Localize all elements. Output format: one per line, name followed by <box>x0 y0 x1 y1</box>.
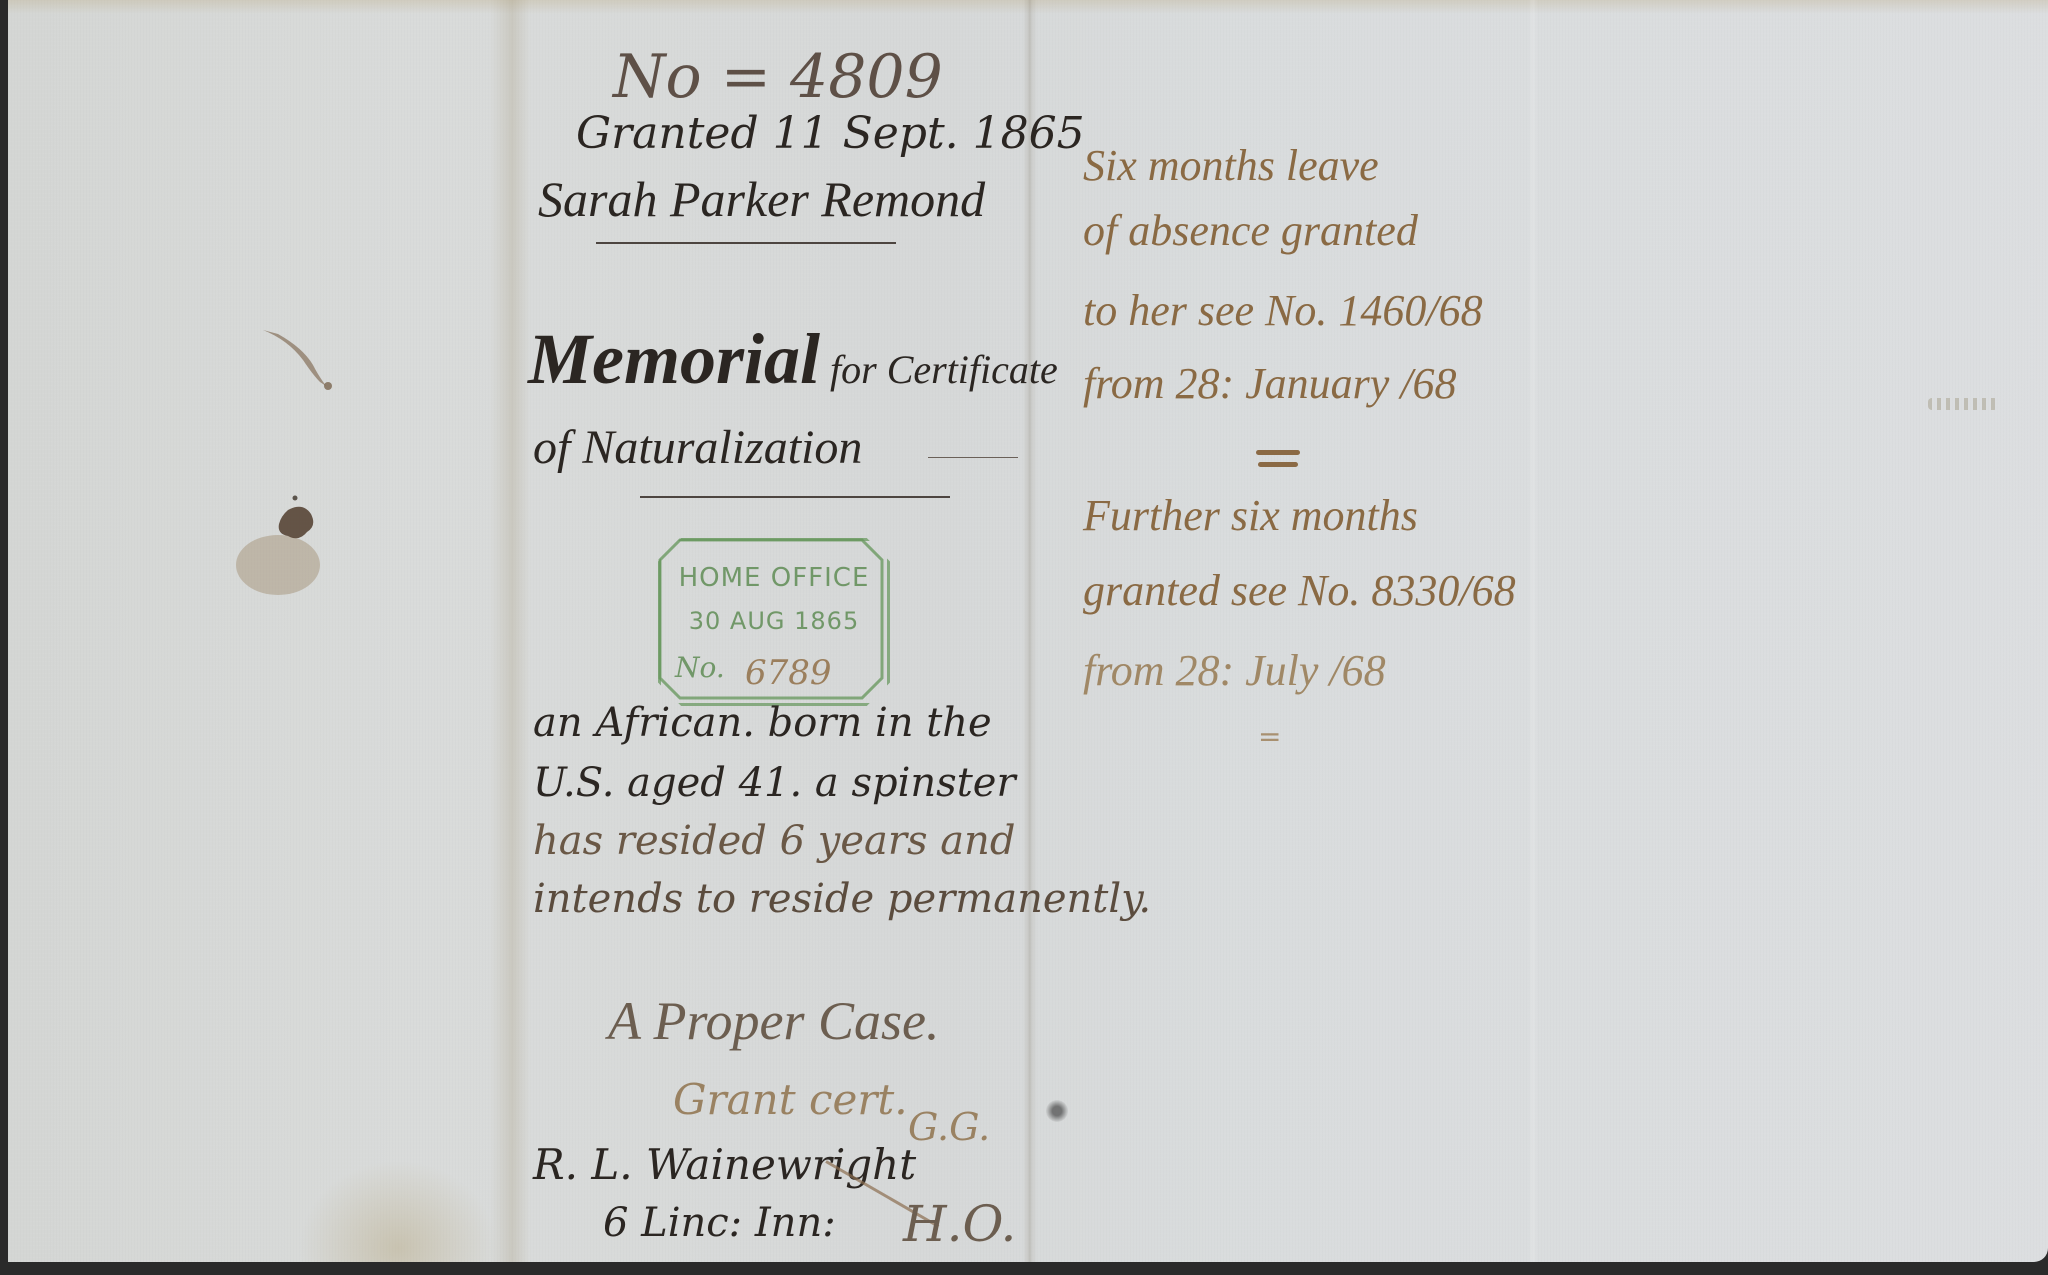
minute-initials: G.G. <box>908 1105 990 1149</box>
note-line: Further six months <box>1083 490 1418 541</box>
home-office-mark: H.O. <box>903 1195 1016 1253</box>
note-line: from 28: January /68 <box>1083 358 1457 409</box>
faint-pencil-mark <box>1928 398 1998 410</box>
agent-address: 6 Linc: Inn: <box>603 1200 836 1246</box>
title-for: for Certificate <box>830 347 1058 392</box>
ink-speck <box>1046 1100 1068 1122</box>
divider <box>928 457 1018 458</box>
minute-assessment: A Proper Case. <box>608 990 940 1052</box>
note-separator <box>1256 450 1300 455</box>
note-line: of absence granted <box>1083 205 1418 256</box>
fold-line-left <box>490 0 530 1262</box>
water-stain <box>298 1160 498 1262</box>
ink-blot-icon <box>233 480 343 600</box>
note-line: from 28: July /68 <box>1083 645 1386 696</box>
stamp-no-value: 6789 <box>745 653 832 693</box>
divider <box>596 242 896 244</box>
note-line: to her see No. 1460/68 <box>1083 285 1483 336</box>
stamp-no-label: No. <box>675 651 725 684</box>
fold-line-right <box>1528 0 1538 1262</box>
granted-date: Granted 11 Sept. 1865 <box>576 108 1085 159</box>
applicant-name: Sarah Parker Remond <box>538 170 985 228</box>
description-line: has resided 6 years and <box>533 818 1015 864</box>
document-sheet: No = 4809 Granted 11 Sept. 1865 Sarah Pa… <box>8 0 2048 1262</box>
divider <box>640 496 950 498</box>
docket-number: No = 4809 <box>613 42 943 112</box>
note-tick: = <box>1258 720 1281 753</box>
note-line: Six months leave <box>1083 140 1379 191</box>
home-office-stamp: HOME OFFICE 30 AUG 1865 No. 6789 <box>658 538 890 706</box>
minute-decision: Grant cert. <box>673 1075 908 1124</box>
description-line: U.S. aged 41. a spinster <box>533 760 1016 806</box>
description-line: intends to reside permanently. <box>533 876 1151 922</box>
title-sub: of Naturalization <box>533 420 862 475</box>
stamp-office: HOME OFFICE <box>661 563 887 593</box>
description-line: an African. born in the <box>533 700 992 746</box>
note-separator <box>1258 462 1298 467</box>
stamp-date: 30 AUG 1865 <box>661 607 887 635</box>
fold-line-center <box>1023 0 1037 1262</box>
note-line: granted see No. 8330/68 <box>1083 565 1516 616</box>
document-title: Memorialfor Certificate <box>528 318 1058 401</box>
title-main: Memorial <box>528 319 820 399</box>
ink-splash-icon <box>258 320 348 400</box>
